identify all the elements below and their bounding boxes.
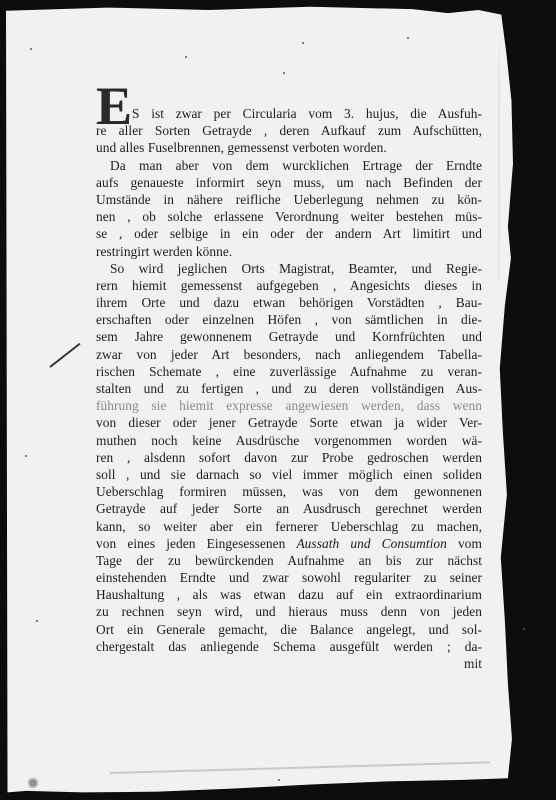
text-line: sem Jahre gewonnenem Getrayde und Kornfr… [96,328,482,345]
paragraph-1: S ist zwar per Circularia vom 3. hujus, … [96,105,482,157]
page-fold-shadow [498,20,500,280]
text-line: Haushaltung , als was etwan dazu auf ein… [96,586,482,603]
text-line: stalten und zu fertigen , und zu deren v… [96,380,482,397]
scanned-document: E S ist zwar per Circularia vom 3. hujus… [0,0,556,800]
text-line: se , oder selbige in ein oder der andern… [96,225,482,242]
text-line: nen , ob solche erlassene Verordnung wei… [96,208,482,225]
text-line: Getrayde auf jeder Sorte an Ausdrusch ge… [96,500,482,517]
text-line: muthen noch keine Ausdrüsche vorgenommen… [96,432,482,449]
paper-speck [25,455,27,457]
paper-speck [523,628,525,630]
text-line-mixed: von eines jeden Eingesessenen Aussath un… [96,535,482,552]
text-line: ihrem Orte und dazu etwan behörigen Vors… [96,294,482,311]
paper-speck [407,37,409,39]
text-run: vom [447,536,482,551]
library-stamp-mark [26,776,40,790]
italic-emphasis: Aussath und Consumtion [296,536,446,551]
text-line: So wird jeglichen Orts Magistrat, Beamte… [96,260,482,277]
text-line: re aller Sorten Getrayde , deren Aufkauf… [96,122,482,139]
text-line: restringirt werden könne. [96,243,482,260]
paper-speck [283,72,285,74]
text-line: S ist zwar per Circularia vom 3. hujus, … [96,105,482,122]
text-line: von dieser oder jener Getrayde Sorte etw… [96,414,482,431]
text-line: kann, so weiter aber ein fernerer Uebers… [96,518,482,535]
text-line: Ueberschlag formiren müssen, was von dem… [96,483,482,500]
text-line: rern hiemit gemessenst aufgegeben , Ange… [96,277,482,294]
text-line: soll , und sie darnach so viel immer mög… [96,466,482,483]
drop-cap-initial: E [96,84,132,128]
text-line: Umstände in nähere reifliche Ueberlegung… [96,191,482,208]
document-body: E S ist zwar per Circularia vom 3. hujus… [96,84,482,672]
text-line: Da man aber von dem wurcklichen Ertrage … [96,157,482,174]
text-run: von eines jeden Eingesessenen [96,536,296,551]
text-line: rischen Schemate , eine zuverlässige Auf… [96,363,482,380]
text-line-faded: führung sie hiemit expresse angewiesen w… [96,397,482,414]
text-line: einstehenden Erndte und zwar sowohl regu… [96,569,482,586]
catchword: mit [96,655,482,672]
paper-speck [302,42,304,44]
paper-speck [30,48,32,50]
text-line: und alles Fuselbrennen, gemessenst verbo… [96,139,482,156]
text-line: erschaften oder einzelnen Höfen , von sä… [96,311,482,328]
text-line: zwar von jeder Art besonders, nach anlie… [96,346,482,363]
text-line: chergestalt das anliegende Schema ausgef… [96,638,482,655]
paragraph-2: Da man aber von dem wurcklichen Ertrage … [96,157,482,260]
text-line: zu rechnen seyn wird, und hieraus muss d… [96,603,482,620]
text-line: Tage der zu bewürckenden Aufnahme an bis… [96,552,482,569]
text-line: ren , alsdenn sofort davon zur Probe ged… [96,449,482,466]
text-line: Ort ein Generale gemacht, die Balance an… [96,621,482,638]
text-line: aufs genaueste informirt seyn muss, um n… [96,174,482,191]
paper-speck [278,779,280,781]
paper-speck [185,56,187,58]
paragraph-3: So wird jeglichen Orts Magistrat, Beamte… [96,260,482,673]
paper-speck [36,620,38,622]
